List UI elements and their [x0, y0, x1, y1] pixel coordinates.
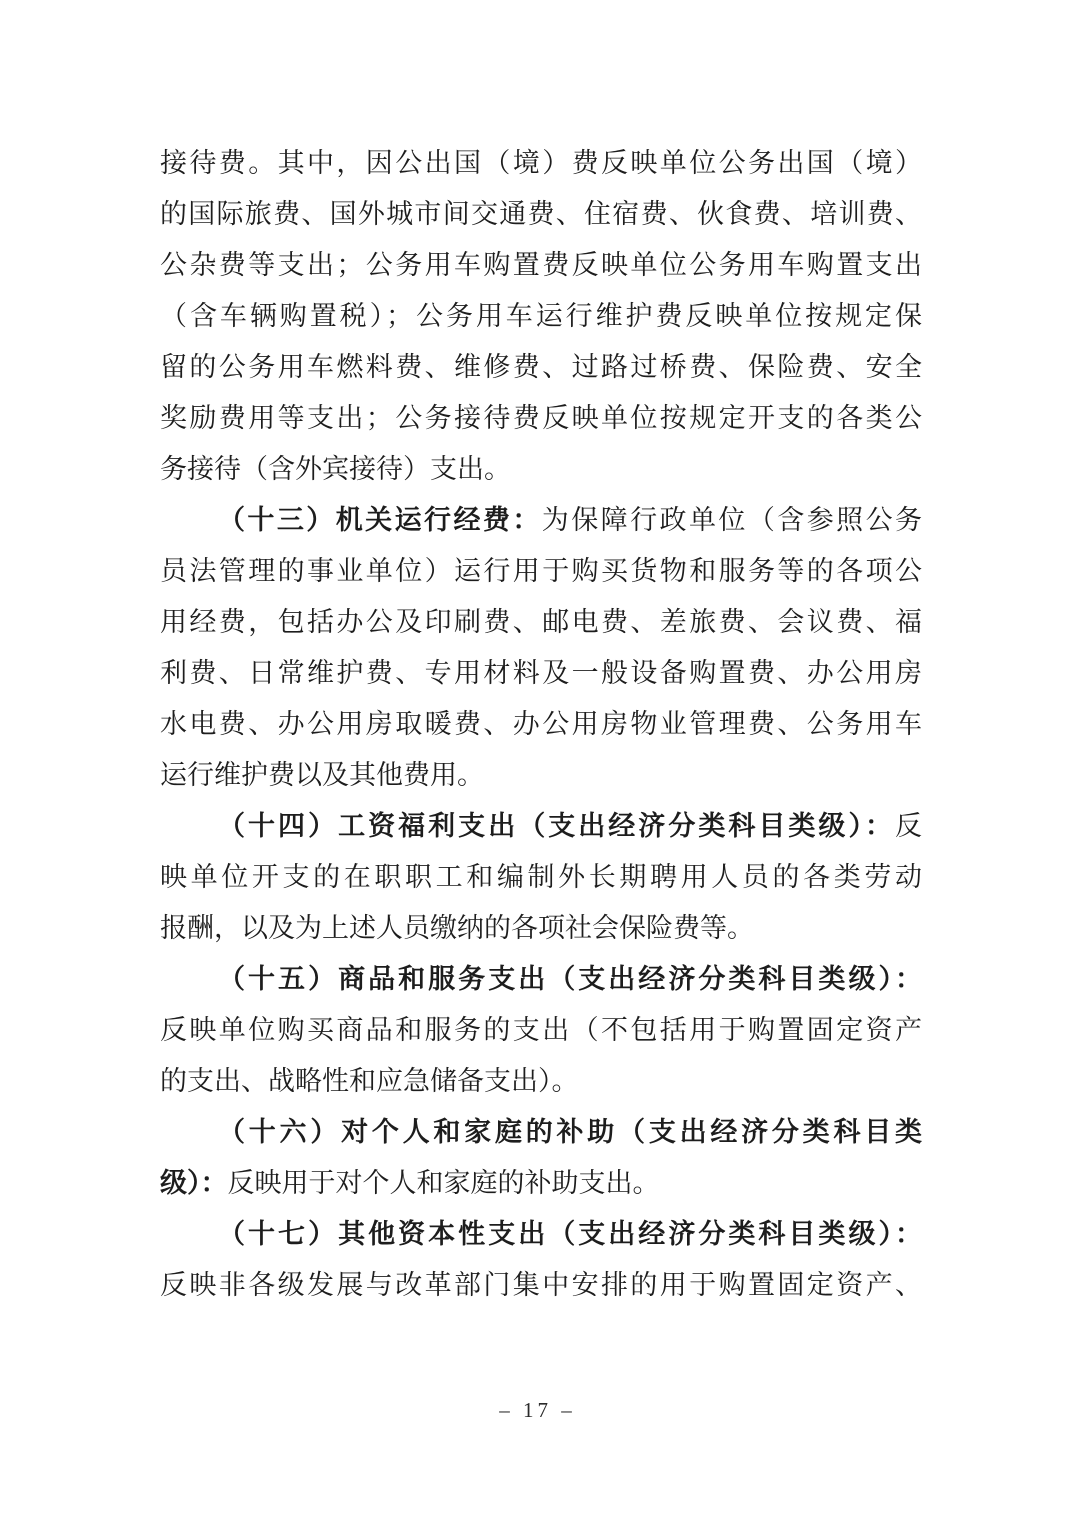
text-segment: 留的公务用车燃料费、维修费、过路过桥费、保险费、安全: [160, 352, 922, 382]
text-segment: 映单位开支的在职职工和编制外长期聘用人员的各类劳动: [160, 862, 922, 892]
text-line: 奖励费用等支出；公务接待费反映单位按规定开支的各类公: [160, 393, 922, 444]
text-segment: （含车辆购置税）；公务用车运行维护费反映单位按规定保: [160, 301, 922, 331]
text-segment: 水电费、办公用房取暖费、办公用房物业管理费、公务用车: [160, 709, 922, 739]
text-line: 务接待（含外宾接待）支出。: [160, 444, 922, 495]
text-line: 利费、日常维护费、专用材料及一般设备购置费、办公用房: [160, 648, 922, 699]
text-segment: 利费、日常维护费、专用材料及一般设备购置费、办公用房: [160, 658, 922, 688]
text-segment: 反映非各级发展与改革部门集中安排的用于购置固定资产、: [160, 1270, 922, 1300]
text-line: 员法管理的事业单位）运行用于购买货物和服务等的各项公: [160, 546, 922, 597]
text-line: 水电费、办公用房取暖费、办公用房物业管理费、公务用车: [160, 699, 922, 750]
text-segment: 报酬，以及为上述人员缴纳的各项社会保险费等。: [160, 913, 754, 943]
heading-segment: （十五）商品和服务支出（支出经济分类科目类级）：: [218, 964, 922, 994]
text-segment: 公杂费等支出；公务用车购置费反映单位公务用车购置支出: [160, 250, 922, 280]
heading-segment: （十四）工资福利支出（支出经济分类科目类级）：: [218, 811, 895, 841]
text-segment: 运行维护费以及其他费用。: [160, 760, 484, 790]
text-segment: 反映用于对个人和家庭的补助支出。: [228, 1168, 660, 1198]
text-segment: 为保障行政单位（含参照公务: [542, 505, 922, 535]
text-line: 反映非各级发展与改革部门集中安排的用于购置固定资产、: [160, 1260, 922, 1311]
text-line: 反映单位购买商品和服务的支出（不包括用于购置固定资产: [160, 1005, 922, 1056]
text-line: （十七）其他资本性支出（支出经济分类科目类级）：: [160, 1209, 922, 1260]
text-segment: 务接待（含外宾接待）支出。: [160, 454, 511, 484]
text-line: 接待费。其中，因公出国（境）费反映单位公务出国（境）: [160, 138, 922, 189]
text-line: 的国际旅费、国外城市间交通费、住宿费、伙食费、培训费、: [160, 189, 922, 240]
text-line: 映单位开支的在职职工和编制外长期聘用人员的各类劳动: [160, 852, 922, 903]
text-segment: 反: [895, 811, 922, 841]
text-line: （十五）商品和服务支出（支出经济分类科目类级）：: [160, 954, 922, 1005]
heading-segment: （十七）其他资本性支出（支出经济分类科目类级）：: [218, 1219, 922, 1249]
text-segment: 接待费。其中，因公出国（境）费反映单位公务出国（境）: [160, 148, 922, 178]
text-segment: 奖励费用等支出；公务接待费反映单位按规定开支的各类公: [160, 403, 922, 433]
text-line: （十六）对个人和家庭的补助（支出经济分类科目类: [160, 1107, 922, 1158]
text-segment: 反映单位购买商品和服务的支出（不包括用于购置固定资产: [160, 1015, 922, 1045]
heading-segment: 级）：: [160, 1168, 228, 1198]
text-line: 级）：反映用于对个人和家庭的补助支出。: [160, 1158, 922, 1209]
text-line: 留的公务用车燃料费、维修费、过路过桥费、保险费、安全: [160, 342, 922, 393]
heading-segment: （十六）对个人和家庭的补助（支出经济分类科目类: [218, 1117, 922, 1147]
text-segment: 的国际旅费、国外城市间交通费、住宿费、伙食费、培训费、: [160, 199, 922, 229]
text-line: 运行维护费以及其他费用。: [160, 750, 922, 801]
text-line: 用经费，包括办公及印刷费、邮电费、差旅费、会议费、福: [160, 597, 922, 648]
text-line: 报酬，以及为上述人员缴纳的各项社会保险费等。: [160, 903, 922, 954]
text-segment: 的支出、战略性和应急储备支出）。: [160, 1066, 579, 1096]
text-line: 的支出、战略性和应急储备支出）。: [160, 1056, 922, 1107]
text-line: （十四）工资福利支出（支出经济分类科目类级）：反: [160, 801, 922, 852]
document-page: 接待费。其中，因公出国（境）费反映单位公务出国（境）的国际旅费、国外城市间交通费…: [0, 0, 1075, 1520]
text-block: 接待费。其中，因公出国（境）费反映单位公务出国（境）的国际旅费、国外城市间交通费…: [160, 138, 922, 1311]
text-segment: 用经费，包括办公及印刷费、邮电费、差旅费、会议费、福: [160, 607, 922, 637]
text-line: （十三）机关运行经费：为保障行政单位（含参照公务: [160, 495, 922, 546]
text-line: 公杂费等支出；公务用车购置费反映单位公务用车购置支出: [160, 240, 922, 291]
text-segment: 员法管理的事业单位）运行用于购买货物和服务等的各项公: [160, 556, 922, 586]
page-number: – 17 –: [0, 1398, 1075, 1423]
heading-segment: （十三）机关运行经费：: [218, 505, 542, 535]
text-line: （含车辆购置税）；公务用车运行维护费反映单位按规定保: [160, 291, 922, 342]
